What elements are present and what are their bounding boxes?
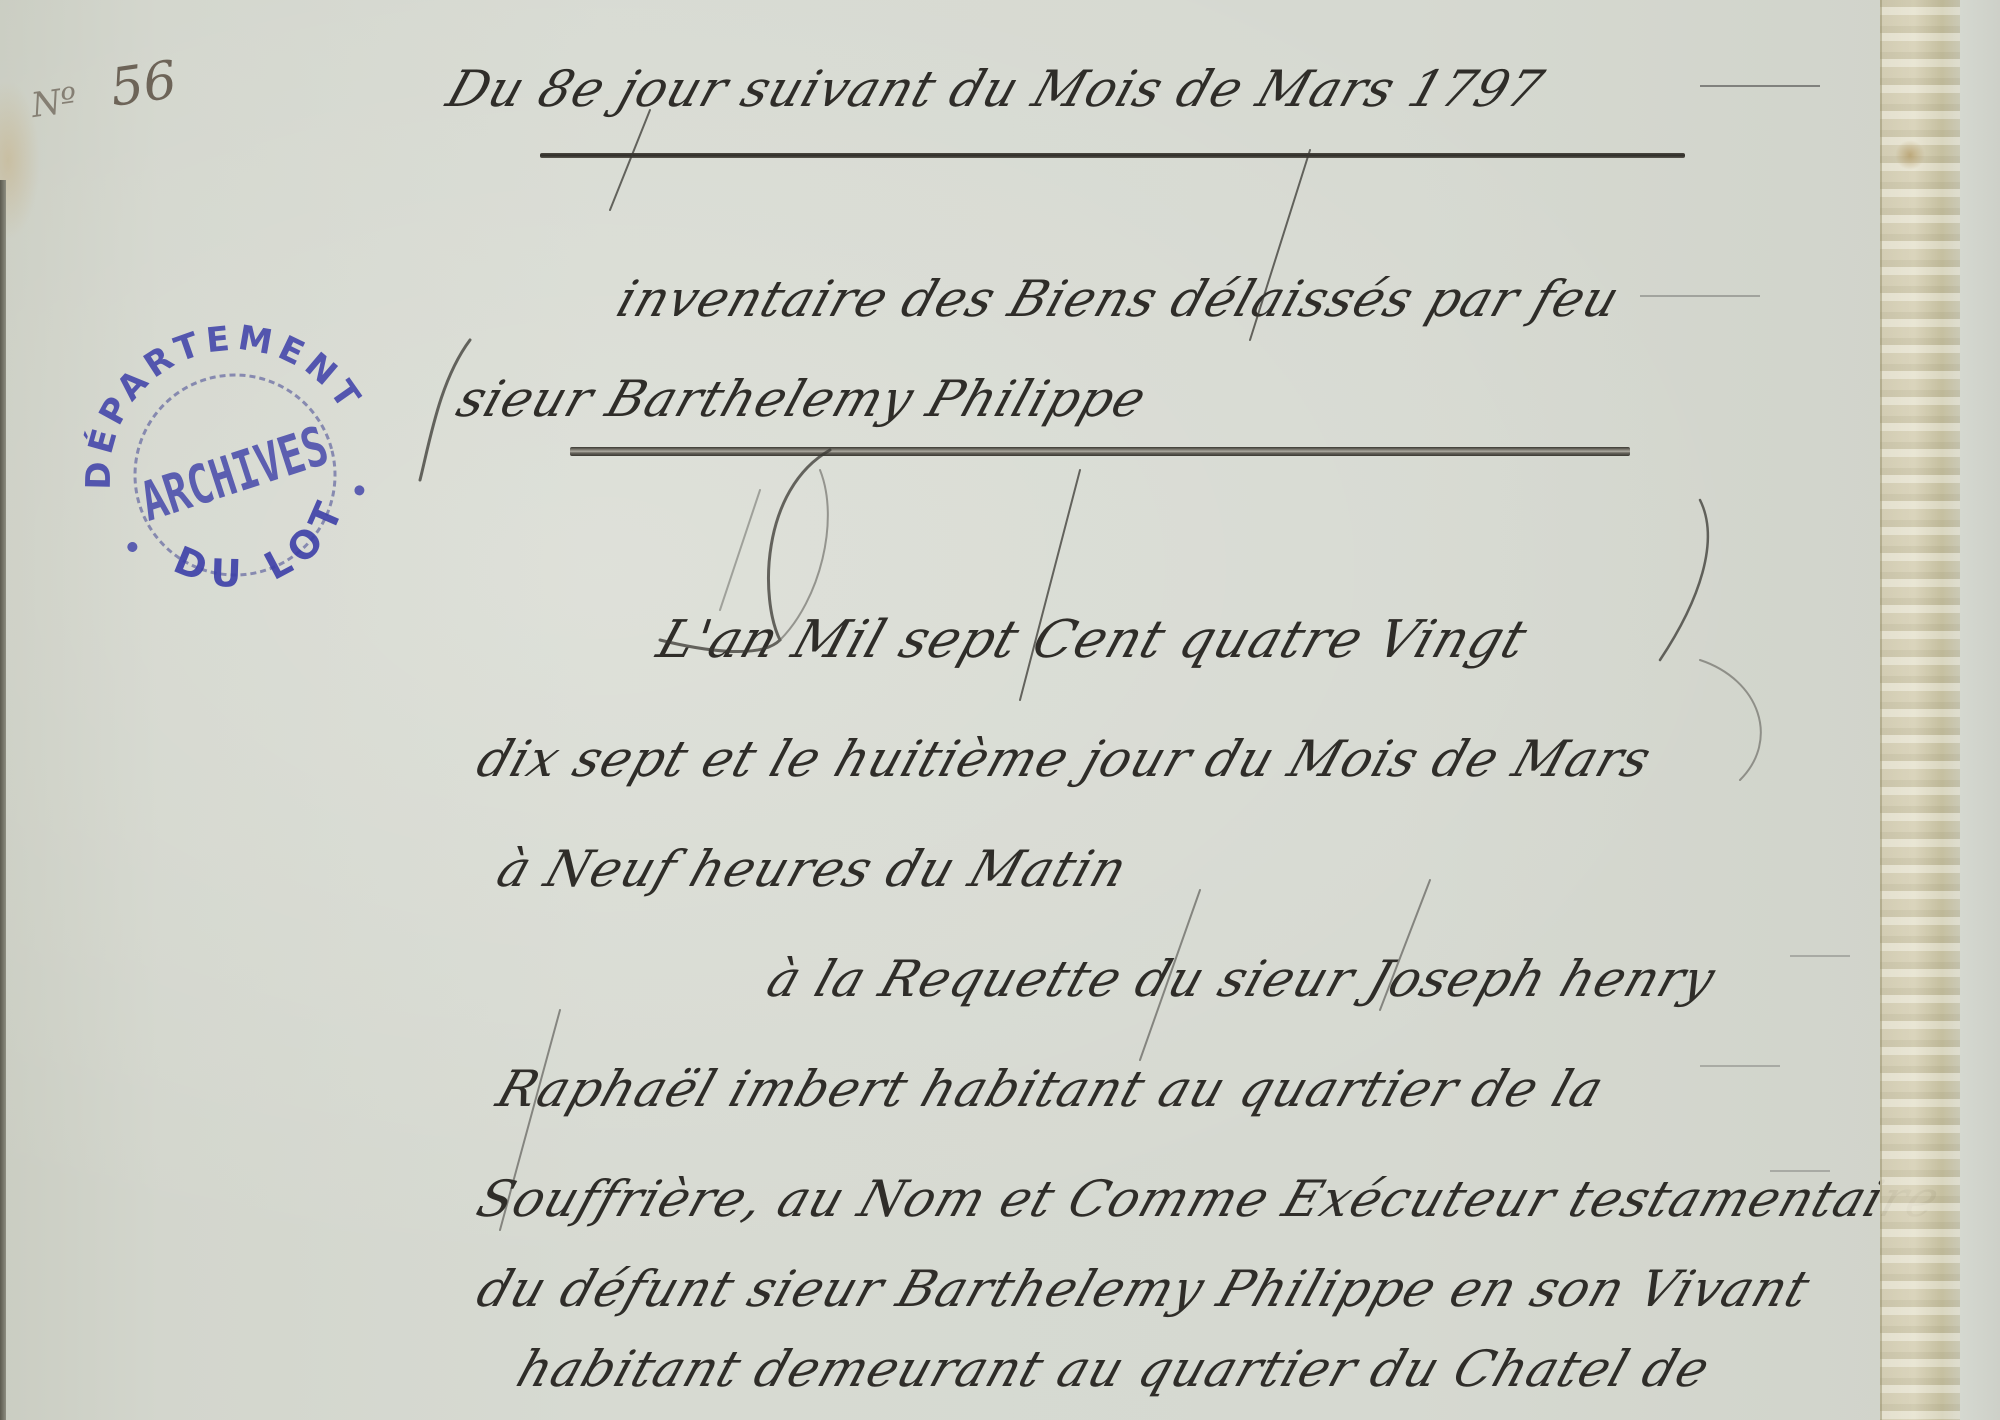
heading-line-3: sieur Barthelemy Philippe bbox=[450, 370, 1154, 428]
archives-stamp: DÉPARTEMENT DU LOT ARCHIVES bbox=[35, 275, 435, 675]
folio-prefix: Nº bbox=[29, 80, 80, 126]
page-edge bbox=[1880, 0, 1964, 1420]
folio-number: Nº 56 bbox=[27, 50, 181, 130]
margin-rule bbox=[1790, 955, 1850, 957]
paper-stain bbox=[1895, 140, 1925, 170]
margin-rule bbox=[1700, 1065, 1780, 1067]
heading-underline-2 bbox=[570, 447, 1630, 456]
margin-rule bbox=[1640, 295, 1760, 297]
heading-line-2: inventaire des Biens délaissés par feu bbox=[610, 270, 1627, 328]
binding-edge bbox=[0, 180, 6, 1420]
heading-line-1: Du 8e jour suivant du Mois de Mars 1797 bbox=[440, 60, 1551, 118]
body-line: Raphaël imbert habitant au quartier de l… bbox=[490, 1060, 1612, 1118]
margin-rule bbox=[1700, 85, 1820, 87]
body-line: à la Requette du sieur Joseph henry bbox=[760, 950, 1723, 1008]
body-line: L'an Mil sept Cent quatre Vingt bbox=[650, 610, 1535, 670]
body-line: à Neuf heures du Matin bbox=[490, 840, 1135, 898]
margin-rule bbox=[1770, 1170, 1830, 1172]
body-line: du défunt sieur Barthelemy Philippe en s… bbox=[470, 1260, 1818, 1318]
body-line: Souffrière, au Nom et Comme Exécuteur te… bbox=[470, 1170, 1948, 1228]
stamp-icon: DÉPARTEMENT DU LOT ARCHIVES bbox=[35, 275, 435, 675]
folio-value: 56 bbox=[107, 50, 181, 119]
body-line: dix sept et le huitième jour du Mois de … bbox=[470, 730, 1659, 788]
document-scan: Nº 56 DÉPARTEMENT DU LOT ARCHIVES Du 8e … bbox=[0, 0, 2000, 1420]
body-line: habitant demeurant au quartier du Chatel… bbox=[510, 1340, 1717, 1398]
heading-underline-1 bbox=[540, 153, 1685, 158]
background-page bbox=[1960, 0, 2000, 1420]
